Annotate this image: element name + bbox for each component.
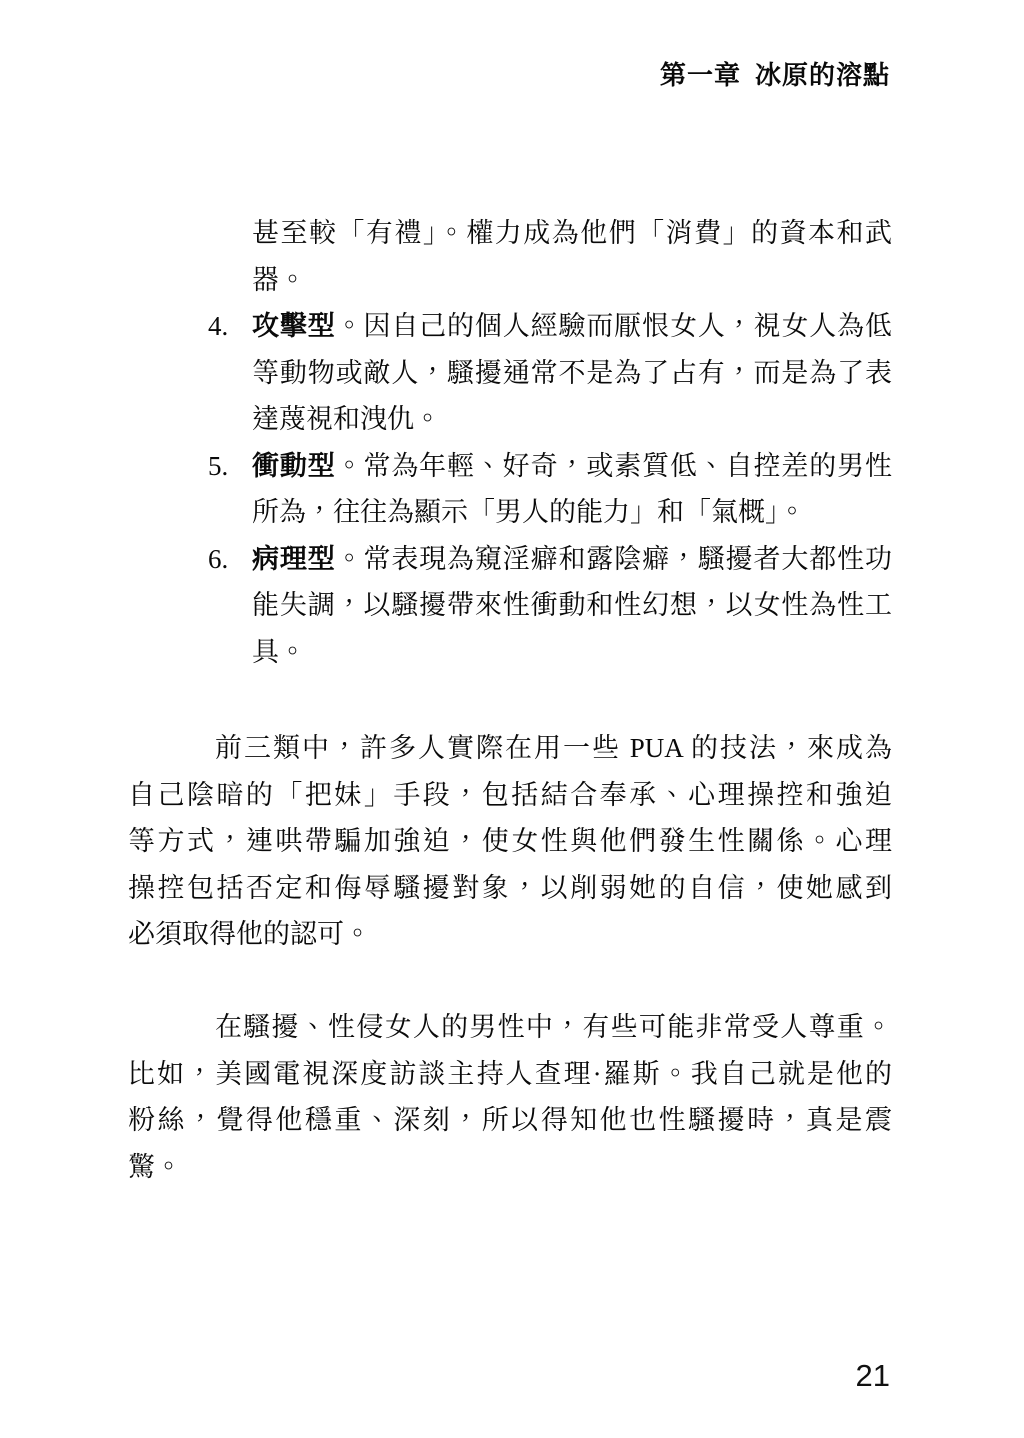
list-item-4: 4. 攻擊型。因自己的個人經驗而厭恨女人，視女人為低 等動物或敵人，騷擾通常不是… <box>128 303 892 443</box>
list-term-rest: 。常為年輕、好奇，或素質低、自控差的男性 <box>336 451 892 481</box>
text-line: 在騷擾、性侵女人的男性中，有些可能非常受人尊重。 <box>128 1004 892 1051</box>
text-line: 等動物或敵人，騷擾通常不是為了占有，而是為了表 <box>252 350 892 397</box>
text-line: 甚至較「有禮」。權力成為他們「消費」的資本和武 <box>252 210 892 257</box>
text-line: 操控包括否定和侮辱騷擾對象，以削弱她的自信，使她感到 <box>128 865 892 912</box>
running-head: 第一章冰原的溶點 <box>660 55 890 92</box>
chapter-title: 冰原的溶點 <box>755 60 890 90</box>
book-page: 第一章冰原的溶點 甚至較「有禮」。權力成為他們「消費」的資本和武 器。 4. 攻… <box>0 0 1024 1438</box>
list-item-5: 5. 衝動型。常為年輕、好奇，或素質低、自控差的男性 所為，往往為顯示「男人的能… <box>128 443 892 536</box>
text-line: 自己陰暗的「把妹」手段，包括結合奉承、心理操控和強迫 <box>128 772 892 819</box>
list-term-rest: 。因自己的個人經驗而厭恨女人，視女人為低 <box>336 311 892 341</box>
list-item-6: 6. 病理型。常表現為窺淫癖和露陰癖，騷擾者大都性功 能失調，以騷擾帶來性衝動和… <box>128 536 892 676</box>
text-line: 攻擊型。因自己的個人經驗而厭恨女人，視女人為低 <box>252 303 892 350</box>
list-number: 5. <box>208 443 228 490</box>
text-line: 前三類中，許多人實際在用一些 PUA 的技法，來成為 <box>128 725 892 772</box>
list-term-rest: 。常表現為窺淫癖和露陰癖，騷擾者大都性功 <box>336 544 892 574</box>
list-term: 衝動型 <box>252 451 336 481</box>
list-number: 6. <box>208 536 228 583</box>
list-term: 病理型 <box>252 544 336 574</box>
list-number: 4. <box>208 303 228 350</box>
text-line: 等方式，連哄帶騙加強迫，使女性與他們發生性關係。心理 <box>128 818 892 865</box>
paragraph-2: 在騷擾、性侵女人的男性中，有些可能非常受人尊重。 比如，美國電視深度訪談主持人查… <box>128 1004 892 1190</box>
text-line: 衝動型。常為年輕、好奇，或素質低、自控差的男性 <box>252 443 892 490</box>
text-line: 病理型。常表現為窺淫癖和露陰癖，騷擾者大都性功 <box>252 536 892 583</box>
list-term: 攻擊型 <box>252 311 336 341</box>
text-line: 必須取得他的認可。 <box>128 911 892 958</box>
text-line: 比如，美國電視深度訪談主持人查理·羅斯。我自己就是他的 <box>128 1051 892 1098</box>
text-line: 具。 <box>252 629 892 676</box>
text-line: 能失調，以騷擾帶來性衝動和性幻想，以女性為性工 <box>252 582 892 629</box>
page-number: 21 <box>856 1358 890 1394</box>
chapter-label: 第一章 <box>660 60 741 90</box>
text-line: 所為，往往為顯示「男人的能力」和「氣概」。 <box>252 489 892 536</box>
text-line: 器。 <box>252 257 892 304</box>
text-line: 粉絲，覺得他穩重、深刻，所以得知他也性騷擾時，真是震 <box>128 1097 892 1144</box>
paragraph-1: 前三類中，許多人實際在用一些 PUA 的技法，來成為 自己陰暗的「把妹」手段，包… <box>128 725 892 958</box>
text-line: 達蔑視和洩仇。 <box>252 396 892 443</box>
list-item-continuation: 甚至較「有禮」。權力成為他們「消費」的資本和武 器。 <box>128 210 892 303</box>
text-line: 驚。 <box>128 1144 892 1191</box>
page-body: 甚至較「有禮」。權力成為他們「消費」的資本和武 器。 4. 攻擊型。因自己的個人… <box>128 210 892 1190</box>
